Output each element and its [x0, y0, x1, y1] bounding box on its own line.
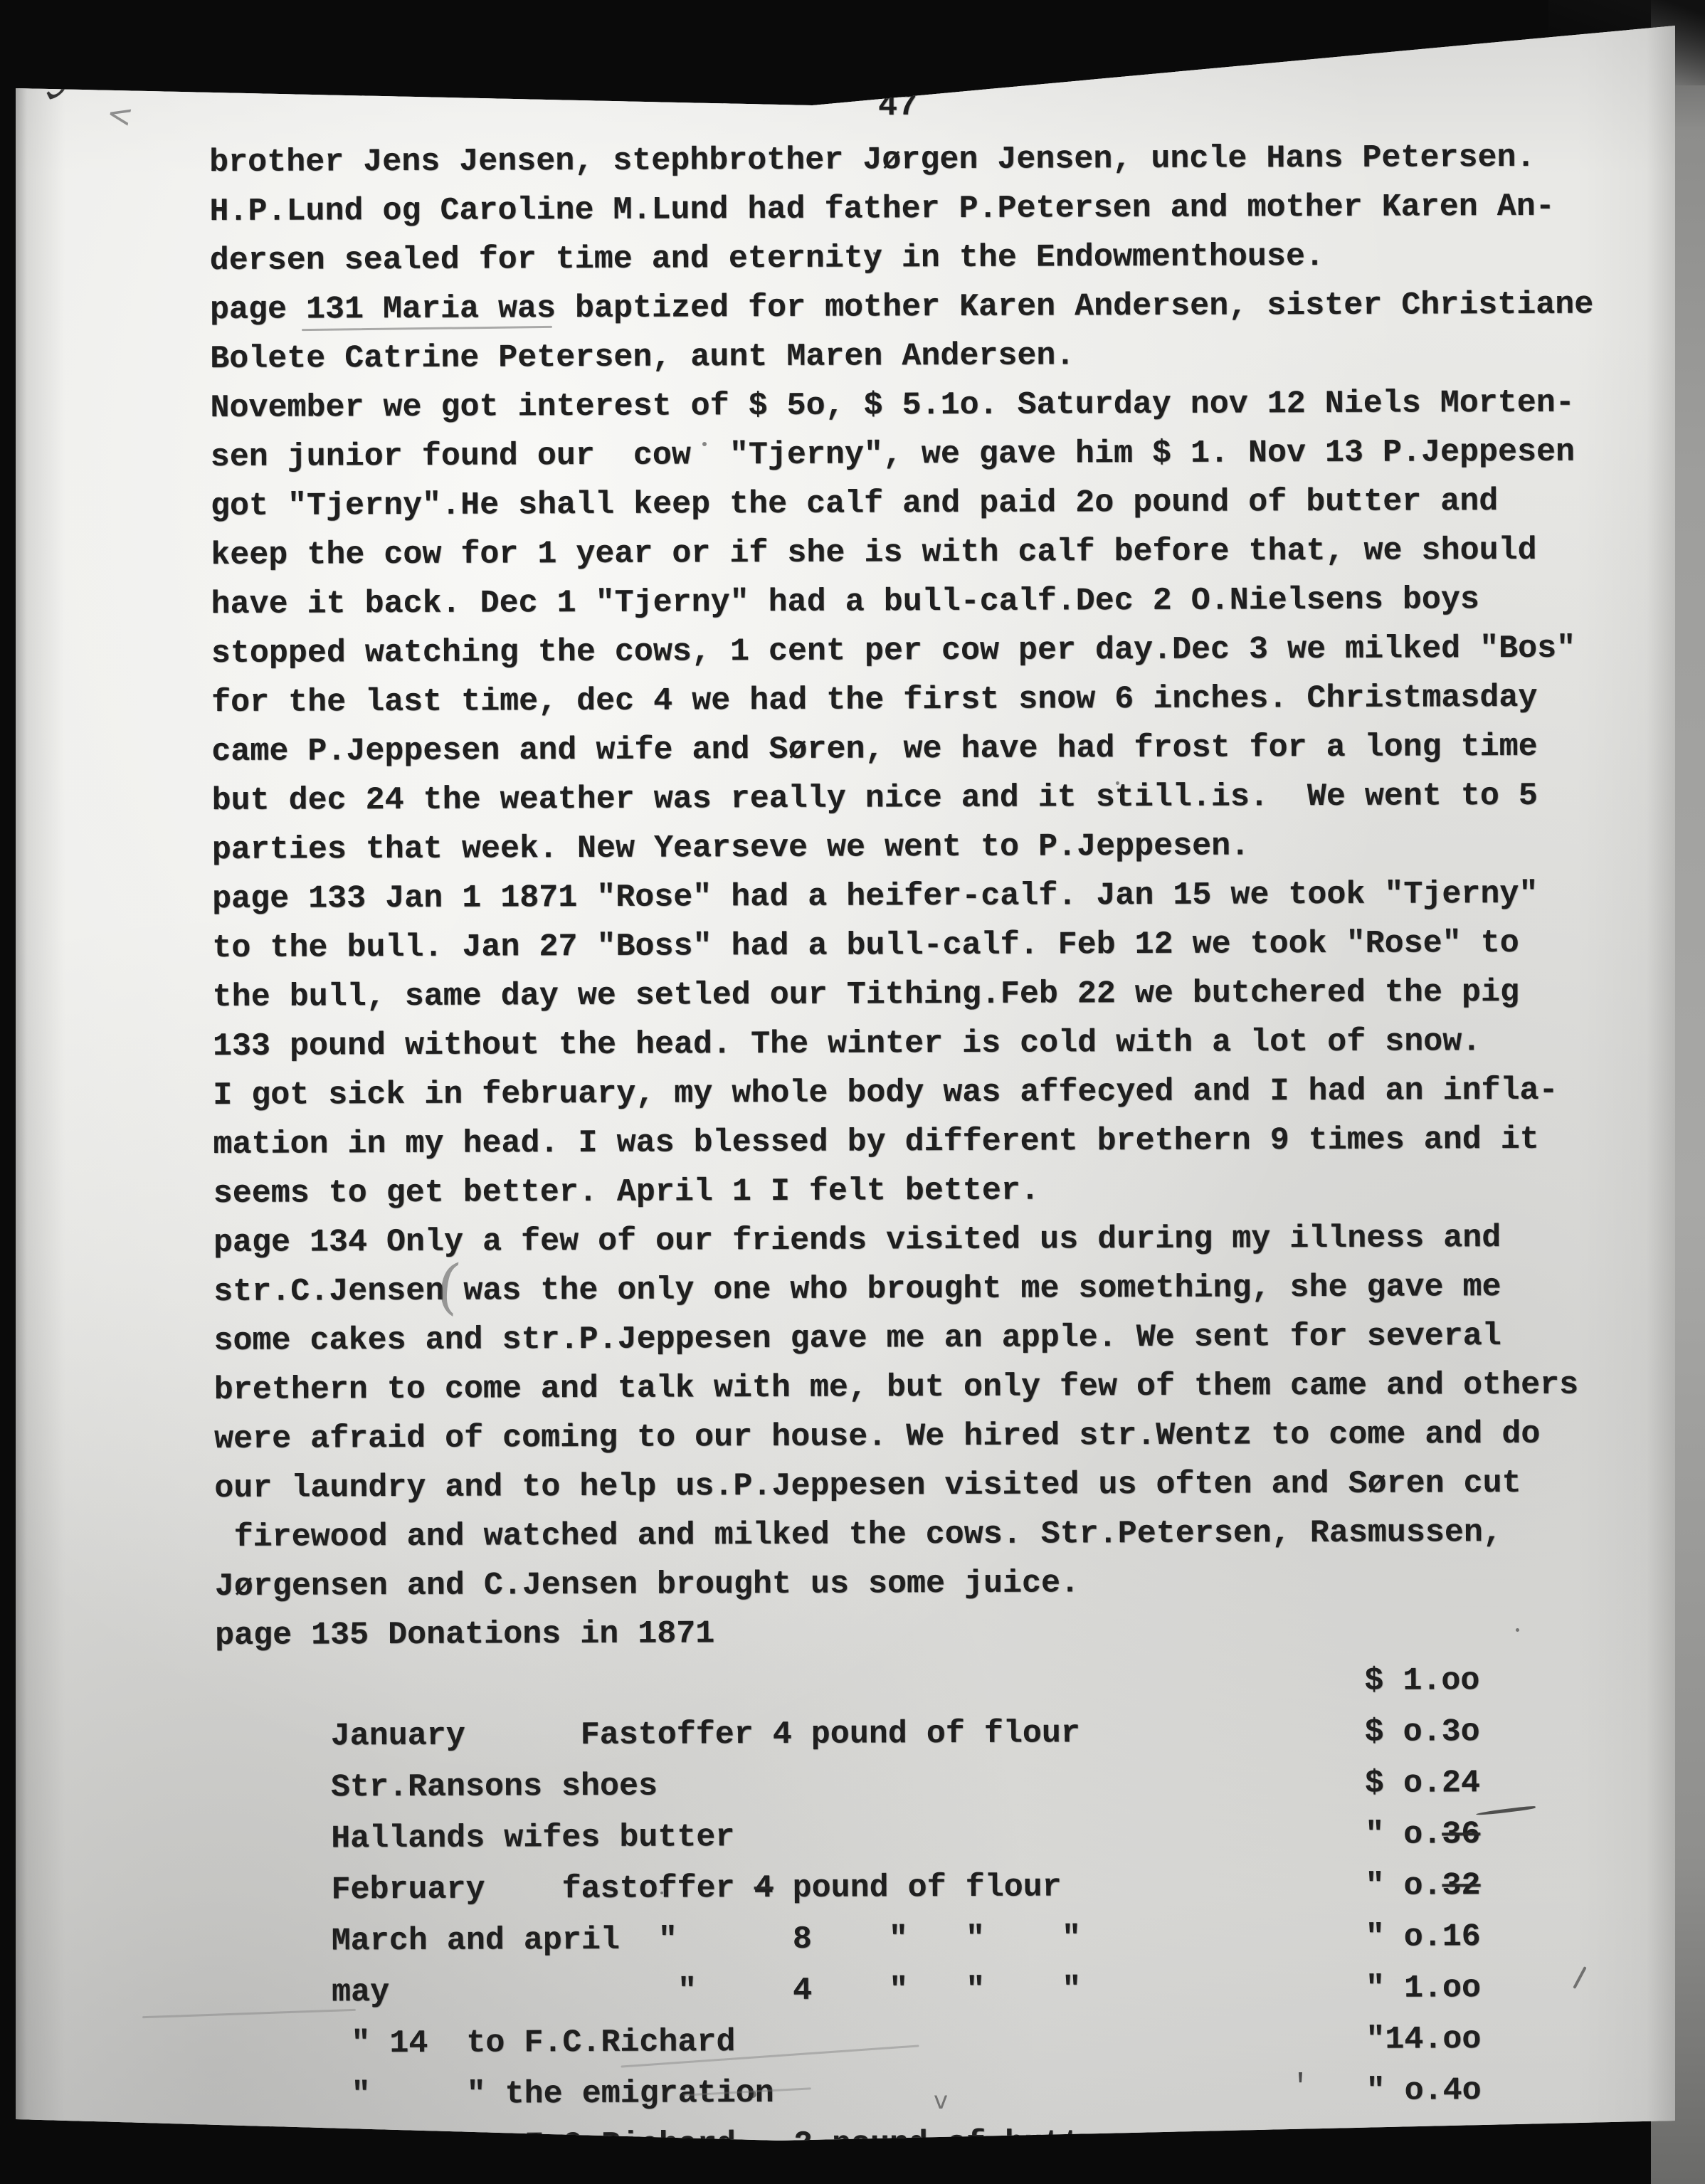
amount-text: " 1.oo: [1366, 1970, 1481, 2007]
text-line: stopped watching the cows, 1 cent per co…: [211, 623, 1677, 678]
text-line: the bull, same day we setled our Tithing…: [213, 967, 1679, 1022]
page-number: 47: [841, 88, 955, 125]
donation-row: Str.Ransons shoes $ o.3o: [215, 1706, 1681, 1763]
donation-row: February fastoffer 4 pound of flour " o.…: [216, 1808, 1682, 1865]
text-line: Bolete Catrine Petersen, aunt Maren Ande…: [210, 329, 1676, 384]
donation-row: Hallands wifes butter $ o.24: [216, 1757, 1682, 1814]
text-line: were afraid of coming to our house. We h…: [214, 1409, 1680, 1464]
amount-text: " o.: [1365, 1867, 1442, 1904]
amount-text: " o.4o: [1366, 2072, 1481, 2109]
donation-row: " " the emigration "14.oo: [216, 2013, 1682, 2070]
text-line: brother Jens Jensen, stephbrother Jørgen…: [209, 132, 1675, 187]
donation-row: " 14 to F.C.Richard " 1.oo: [216, 1962, 1682, 2019]
pencil-chevron-mark: <: [103, 95, 137, 136]
text-line: H.P.Lund og Caroline M.Lund had father P…: [209, 181, 1675, 236]
amount-text: $ o.24: [1365, 1765, 1480, 1802]
donation-amount: " o.36: [1365, 1809, 1480, 1861]
amount-text: " o.: [1365, 1816, 1442, 1852]
scanned-document: { "page": { "corner_number": "34", "page…: [0, 0, 1705, 2184]
text-line: November we got interest of $ 5o, $ 5.1o…: [210, 378, 1676, 433]
text-line: page 131 Maria was baptized for mother K…: [210, 280, 1676, 334]
text-line: page 133 Jan 1 1871 "Rose" had a heifer-…: [212, 869, 1678, 924]
overstruck-amount: 36: [1442, 1816, 1480, 1852]
text-line: page 134 Only a few of our friends visit…: [213, 1213, 1679, 1267]
text-line: parties that week. New Yearseve we went …: [212, 820, 1678, 875]
text-line: for the last time, dec 4 we had the firs…: [211, 672, 1677, 727]
amount-text: $ 1.oo: [1364, 1662, 1479, 1699]
text-line: I got sick in february, my whole body wa…: [213, 1065, 1679, 1120]
donation-amount: " o.32: [1365, 1860, 1480, 1912]
text-line: but dec 24 the weather was really nice a…: [211, 771, 1677, 825]
text-line: have it back. Dec 1 "Tjerny" had a bull-…: [211, 574, 1677, 629]
text-line: dersen sealed for time and eternity in t…: [210, 231, 1676, 285]
text-line: mation in my head. I was blessed by diff…: [213, 1114, 1679, 1169]
text-line: to the bull. Jan 27 "Boss" had a bull-ca…: [212, 918, 1678, 973]
amount-text: $ o.3o: [1365, 1714, 1480, 1751]
text-line: some cakes and str.P.Jeppesen gave me an…: [213, 1311, 1679, 1366]
amount-text: "14.oo: [1366, 2021, 1481, 2058]
text-line: str.C.Jensen was the only one who brough…: [213, 1262, 1679, 1317]
donation-amount: "14.oo: [1366, 2014, 1481, 2066]
overstruck-amount: 32: [1442, 1867, 1480, 1904]
donation-row: January Fastoffer 4 pound of flour $ 1.o…: [215, 1655, 1681, 1711]
text-line: sen junior found our cow "Tjerny", we ga…: [211, 427, 1677, 482]
text-line: Jørgensen and C.Jensen brought us some j…: [215, 1556, 1681, 1611]
donation-amount: " o.16: [1366, 1911, 1481, 1963]
donation-amount: " o.4o: [1366, 2065, 1481, 2117]
donation-amount: $ o.24: [1365, 1758, 1480, 1810]
donation-label: " to F.C.Richard 2 pound of butter: [332, 2125, 1120, 2164]
text-line: firewood and watched and milked the cows…: [214, 1507, 1680, 1562]
document-page: 34 47 brother Jens Jensen, stephbrother …: [16, 26, 1675, 2150]
handwritten-folio-number: 34: [23, 28, 107, 111]
typewritten-text: brother Jens Jensen, stephbrother Jørgen…: [209, 132, 1683, 2121]
text-line: seems to get better. April 1 I felt bett…: [213, 1164, 1679, 1218]
text-line: our laundry and to help us.P.Jeppesen vi…: [214, 1458, 1680, 1513]
text-line: 133 pound without the head. The winter i…: [213, 1016, 1679, 1071]
text-line: got "Tjerny".He shall keep the calf and …: [211, 476, 1677, 531]
donation-amount: $ o.3o: [1364, 1706, 1479, 1758]
text-line: page 135 Donations in 1871: [215, 1605, 1681, 1660]
donation-amount: $ 1.oo: [1364, 1655, 1479, 1707]
text-line: keep the cow for 1 year or if she is wit…: [211, 525, 1677, 580]
amount-text: " o.16: [1366, 1919, 1481, 1956]
donation-row: March and april " 8 " " " " o.32: [216, 1859, 1682, 1916]
donation-amount: " 1.oo: [1366, 1963, 1481, 2015]
text-line: brethern to come and talk with me, but o…: [214, 1360, 1680, 1415]
donation-row: " to F.C.Richard 2 pound of butter " o.4…: [216, 2064, 1682, 2121]
donation-row: may " 4 " " " " o.16: [216, 1911, 1682, 1968]
text-line: came P.Jeppesen and wife and Søren, we h…: [211, 722, 1677, 776]
